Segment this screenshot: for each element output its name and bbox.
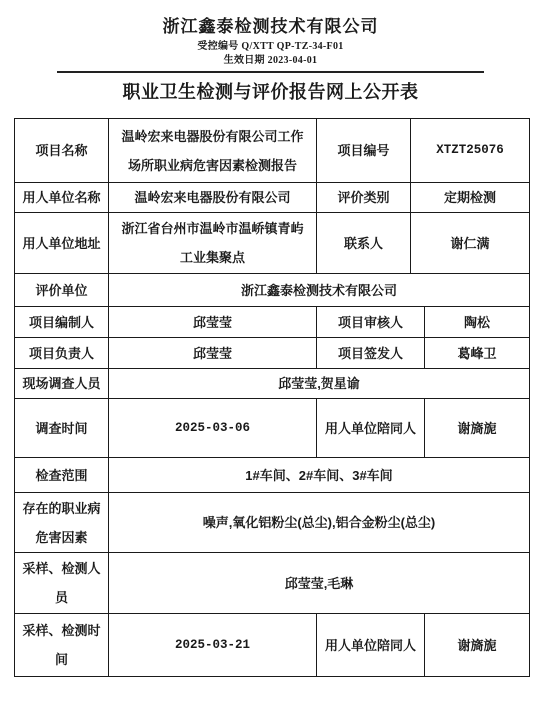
employer-name-label-text: 用人单位名称 <box>22 183 100 212</box>
company-title: 浙江鑫泰检测技术有限公司 <box>0 15 541 39</box>
table-row: 调查时间2025-03-06用人单位陪同人谢旖旎 <box>15 399 530 458</box>
contact-person-value-text: 谢仁满 <box>450 229 489 258</box>
project-compiler-label-text: 项目编制人 <box>29 308 94 337</box>
occupational-hazards-value: 噪声,氧化铝粉尘(总尘),铝合金粉尘(总尘) <box>109 493 530 553</box>
project-name-value-text: 温岭宏来电器股份有限公司工作场所职业病危害因素检测报告 <box>118 122 307 180</box>
project-leader-label: 项目负责人 <box>15 338 109 369</box>
employer-escort2-label-text: 用人单位陪同人 <box>325 631 416 660</box>
project-compiler-label: 项目编制人 <box>15 307 109 338</box>
project-reviewer-value: 陶松 <box>425 307 530 338</box>
project-reviewer-label-text: 项目审核人 <box>338 308 403 337</box>
employer-name-value-text: 温岭宏来电器股份有限公司 <box>134 183 290 212</box>
employer-escort-label: 用人单位陪同人 <box>317 399 425 458</box>
form-title: 职业卫生检测与评价报告网上公开表 <box>0 80 541 104</box>
evaluation-org-label: 评价单位 <box>15 274 109 307</box>
inspection-scope-label-text: 检查范围 <box>35 461 87 490</box>
employer-escort2-label: 用人单位陪同人 <box>317 614 425 677</box>
project-issuer-label-text: 项目签发人 <box>338 339 403 368</box>
survey-date-label: 调查时间 <box>15 399 109 458</box>
employer-escort2-value: 谢旖旎 <box>425 614 530 677</box>
evaluation-type-label-text: 评价类别 <box>337 183 389 212</box>
project-leader-label-text: 项目负责人 <box>29 339 94 368</box>
sampling-staff-value-text: 邱莹莹,毛琳 <box>285 569 354 598</box>
project-leader-value: 邱莹莹 <box>109 338 317 369</box>
employer-address-label-text: 用人单位地址 <box>22 229 100 258</box>
header-divider <box>57 71 484 73</box>
project-issuer-value: 葛峰卫 <box>425 338 530 369</box>
contact-person-value: 谢仁满 <box>411 213 530 274</box>
table-row: 项目编制人邱莹莹项目审核人陶松 <box>15 307 530 338</box>
table-row: 项目负责人邱莹莹项目签发人葛峰卫 <box>15 338 530 369</box>
employer-name-label: 用人单位名称 <box>15 183 109 213</box>
table-row: 评价单位浙江鑫泰检测技术有限公司 <box>15 274 530 307</box>
inspection-scope-label: 检查范围 <box>15 458 109 493</box>
employer-escort-label-text: 用人单位陪同人 <box>325 414 416 443</box>
employer-address-label: 用人单位地址 <box>15 213 109 274</box>
project-name-label-text: 项目名称 <box>35 136 87 165</box>
table-row: 存在的职业病危害因素噪声,氧化铝粉尘(总尘),铝合金粉尘(总尘) <box>15 493 530 553</box>
sampling-date-value-text: 2025-03-21 <box>175 631 250 660</box>
employer-escort-value: 谢旖旎 <box>425 399 530 458</box>
contact-person-label: 联系人 <box>317 213 411 274</box>
table-row: 检查范围1#车间、2#车间、3#车间 <box>15 458 530 493</box>
site-survey-staff-label: 现场调查人员 <box>15 369 109 399</box>
employer-address-value-text: 浙江省台州市温岭市温峤镇青屿工业集聚点 <box>118 214 307 272</box>
occupational-hazards-label: 存在的职业病危害因素 <box>15 493 109 553</box>
evaluation-org-label-text: 评价单位 <box>35 276 87 305</box>
project-reviewer-label: 项目审核人 <box>317 307 425 338</box>
project-issuer-label: 项目签发人 <box>317 338 425 369</box>
occupational-hazards-value-text: 噪声,氧化铝粉尘(总尘),铝合金粉尘(总尘) <box>203 508 436 537</box>
employer-address-value: 浙江省台州市温岭市温峤镇青屿工业集聚点 <box>109 213 317 274</box>
inspection-scope-value: 1#车间、2#车间、3#车间 <box>109 458 530 493</box>
table-row: 采样、检测时间2025-03-21用人单位陪同人谢旖旎 <box>15 614 530 677</box>
project-number-value-text: XTZT25076 <box>436 136 504 165</box>
project-reviewer-value-text: 陶松 <box>464 308 490 337</box>
employer-name-value: 温岭宏来电器股份有限公司 <box>109 183 317 213</box>
table-row: 采样、检测人员邱莹莹,毛琳 <box>15 553 530 614</box>
evaluation-type-value-text: 定期检测 <box>444 183 496 212</box>
sampling-staff-label-text: 采样、检测人员 <box>18 554 105 612</box>
table-row: 用人单位地址浙江省台州市温岭市温峤镇青屿工业集聚点联系人谢仁满 <box>15 213 530 274</box>
project-number-label: 项目编号 <box>317 119 411 183</box>
employer-escort2-value-text: 谢旖旎 <box>457 631 496 660</box>
contact-person-label-text: 联系人 <box>344 229 383 258</box>
effective-date: 生效日期 2023-04-01 <box>0 54 541 67</box>
employer-escort-value-text: 谢旖旎 <box>457 414 496 443</box>
table-row: 用人单位名称温岭宏来电器股份有限公司评价类别定期检测 <box>15 183 530 213</box>
project-leader-value-text: 邱莹莹 <box>193 339 232 368</box>
project-number-value: XTZT25076 <box>411 119 530 183</box>
occupational-hazards-label-text: 存在的职业病危害因素 <box>18 494 105 552</box>
document-page: 浙江鑫泰检测技术有限公司 受控编号 Q/XTT QP-TZ-34-F01 生效日… <box>0 0 541 704</box>
table-row: 现场调查人员邱莹莹,贺星谕 <box>15 369 530 399</box>
project-name-value: 温岭宏来电器股份有限公司工作场所职业病危害因素检测报告 <box>109 119 317 183</box>
disclosure-table: 项目名称温岭宏来电器股份有限公司工作场所职业病危害因素检测报告项目编号XTZT2… <box>14 118 530 677</box>
project-compiler-value-text: 邱莹莹 <box>193 308 232 337</box>
project-issuer-value-text: 葛峰卫 <box>457 339 496 368</box>
inspection-scope-value-text: 1#车间、2#车间、3#车间 <box>245 461 392 490</box>
survey-date-label-text: 调查时间 <box>35 414 87 443</box>
project-name-label: 项目名称 <box>15 119 109 183</box>
project-compiler-value: 邱莹莹 <box>109 307 317 338</box>
sampling-staff-value: 邱莹莹,毛琳 <box>109 553 530 614</box>
site-survey-staff-value: 邱莹莹,贺星谕 <box>109 369 530 399</box>
sampling-date-label-text: 采样、检测时间 <box>18 616 105 674</box>
evaluation-org-value-text: 浙江鑫泰检测技术有限公司 <box>241 276 397 305</box>
document-header: 浙江鑫泰检测技术有限公司 受控编号 Q/XTT QP-TZ-34-F01 生效日… <box>0 0 541 67</box>
control-number: 受控编号 Q/XTT QP-TZ-34-F01 <box>0 40 541 53</box>
table-row: 项目名称温岭宏来电器股份有限公司工作场所职业病危害因素检测报告项目编号XTZT2… <box>15 119 530 183</box>
evaluation-org-value: 浙江鑫泰检测技术有限公司 <box>109 274 530 307</box>
survey-date-value: 2025-03-06 <box>109 399 317 458</box>
survey-date-value-text: 2025-03-06 <box>175 414 250 443</box>
project-number-label-text: 项目编号 <box>337 136 389 165</box>
evaluation-type-label: 评价类别 <box>317 183 411 213</box>
evaluation-type-value: 定期检测 <box>411 183 530 213</box>
site-survey-staff-value-text: 邱莹莹,贺星谕 <box>278 369 360 398</box>
sampling-staff-label: 采样、检测人员 <box>15 553 109 614</box>
sampling-date-value: 2025-03-21 <box>109 614 317 677</box>
sampling-date-label: 采样、检测时间 <box>15 614 109 677</box>
site-survey-staff-label-text: 现场调查人员 <box>22 369 100 398</box>
